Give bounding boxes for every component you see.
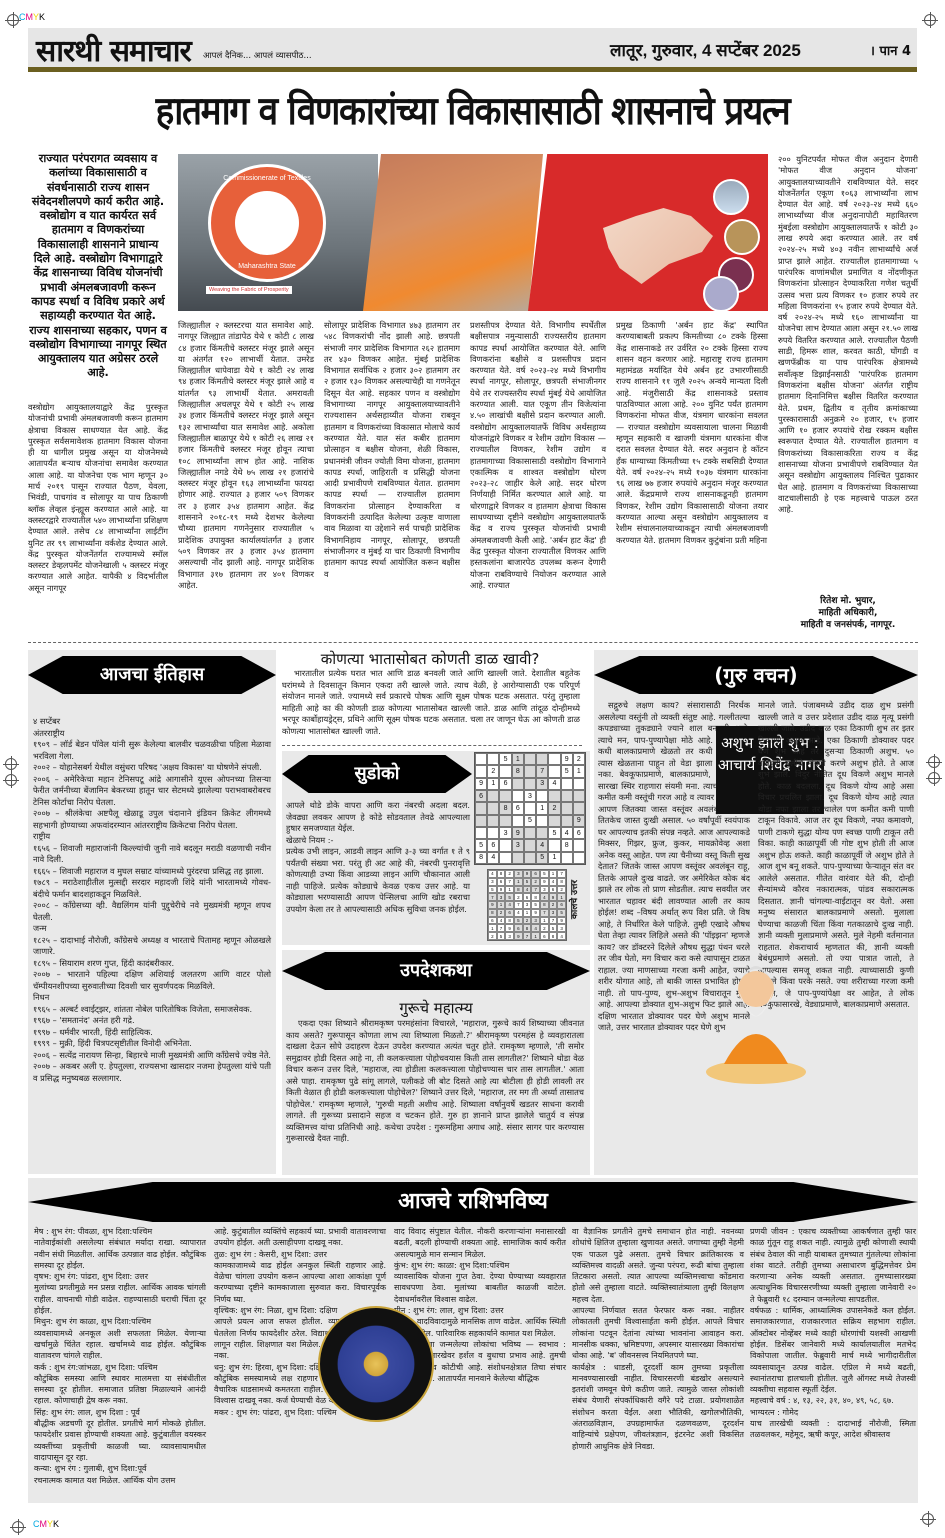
puzzle-cell[interactable]	[475, 802, 487, 814]
solution-cell: 3	[497, 893, 506, 901]
rashi-column-4: वा वैज्ञानिक प्रगतीने तुमचे समाधान होत न…	[572, 1226, 744, 1452]
solution-cell: 5	[540, 870, 549, 878]
puzzle-cell[interactable]: 8	[499, 802, 511, 814]
rashi-column-1: मेष : शुभ रंग: पीवळा, शुभ दिशा:पश्चिमनात…	[34, 1226, 206, 1486]
solution-cell: 6	[549, 886, 558, 894]
solution-cell: 7	[531, 886, 540, 894]
puzzle-cell[interactable]: 4	[487, 852, 499, 864]
tagline: आपलं दैनिक... आपलं व्यासपीठ...	[203, 50, 312, 61]
puzzle-cell[interactable]: 8	[561, 839, 573, 851]
solution-cell: 7	[523, 932, 532, 940]
solution-cell: 1	[505, 886, 514, 894]
solution-cell: 6	[557, 901, 566, 909]
solution-cell: 9	[505, 924, 514, 932]
solution-cell: 8	[540, 901, 549, 909]
puzzle-cell[interactable]: 2	[573, 753, 585, 765]
puzzle-cell[interactable]	[536, 753, 548, 765]
solution-cell: 9	[557, 917, 566, 925]
puzzle-cell[interactable]	[524, 802, 536, 814]
history-item: २००६ – अमेरिकेचा महान टेनिसपटू आंद्रे आग…	[33, 774, 271, 809]
puzzle-cell[interactable]	[512, 790, 524, 802]
history-item: २००७ – श्रीलंकेचा अष्टपैलू खेळाडू उपुल च…	[33, 808, 271, 831]
puzzle-cell[interactable]: 4	[536, 839, 548, 851]
puzzle-cell[interactable]	[524, 753, 536, 765]
history-item: १८२५ – दादाभाई नौरोजी, काँग्रेसचे अध्यक्…	[33, 935, 271, 958]
solution-cell: 2	[488, 932, 497, 940]
sudoku-banner: सुडोको	[282, 755, 472, 793]
puzzle-cell[interactable]: 9	[475, 778, 487, 790]
guru-banner: (गुरु वचन)	[594, 656, 918, 694]
solution-cell: 5	[523, 878, 532, 886]
rashi-sign-text: आपल्या निर्णयात सतत फेरफार करू नका. नाही…	[572, 1305, 744, 1361]
puzzle-cell[interactable]: 2	[487, 765, 499, 777]
solution-cell: 2	[505, 870, 514, 878]
solution-cell: 8	[505, 917, 514, 925]
puzzle-cell[interactable]: 6	[573, 827, 585, 839]
solution-cell: 7	[488, 893, 497, 901]
puzzle-cell[interactable]	[475, 753, 487, 765]
solution-cell: 1	[514, 878, 523, 886]
rashi-sign-text: महत्त्वाचे वर्ष : ४, १३, २२, ३१, ४०, ४९,…	[750, 1395, 916, 1406]
history-item: १९९७ – धर्मवीर भारती, हिंदी साहित्यिक.	[33, 1027, 271, 1039]
puzzle-cell[interactable]: 3	[524, 790, 536, 802]
rashi-sign-heading: मीन : शुभ रंग: लाल, शुभ दिशा: उत्तर	[394, 1305, 566, 1316]
puzzle-cell[interactable]: 9	[561, 753, 573, 765]
solution-cell: 2	[549, 901, 558, 909]
rashi-sign-heading: मेष : शुभ रंग: पीवळा, शुभ दिशा:पश्चिम	[34, 1226, 206, 1237]
solution-cell: 3	[549, 909, 558, 917]
puzzle-cell[interactable]: 6	[475, 790, 487, 802]
solution-cell: 2	[557, 886, 566, 894]
solution-cell: 1	[549, 870, 558, 878]
history-section-heading: जन्म	[33, 923, 271, 935]
puzzle-cell[interactable]: 4	[561, 827, 573, 839]
solution-cell: 8	[514, 886, 523, 894]
solution-cell: 3	[540, 886, 549, 894]
puzzle-cell[interactable]	[561, 790, 573, 802]
solution-cell: 7	[497, 924, 506, 932]
puzzle-cell[interactable]: 8	[475, 852, 487, 864]
puzzle-cell[interactable]	[487, 790, 499, 802]
solution-cell: 2	[523, 917, 532, 925]
solution-cell: 4	[488, 870, 497, 878]
registration-mark-icon	[924, 14, 936, 26]
puzzle-cell[interactable]: 6	[512, 802, 524, 814]
rashi-sign-text: बौद्धीक अडचणी दूर होतील. प्रगतीचे मार्ग …	[34, 1418, 206, 1463]
puzzle-cell[interactable]	[487, 802, 499, 814]
registration-mark-icon	[5, 774, 17, 786]
history-item: १९०९ – लॉर्ड बेडन पॉवेल यांनी सुरू केलेल…	[33, 739, 271, 762]
solution-cell: 8	[523, 924, 532, 932]
maharashtra-map-icon	[603, 204, 713, 284]
puzzle-cell[interactable]	[524, 765, 536, 777]
puzzle-cell[interactable]	[499, 765, 511, 777]
solution-cell: 4	[540, 893, 549, 901]
puzzle-cell[interactable]: 9	[512, 827, 524, 839]
rashi-sign-text: वा वैज्ञानिक प्रगतीने तुमचे समाधान होत न…	[572, 1226, 744, 1305]
solution-cell: 3	[505, 932, 514, 940]
history-banner: आजचा ईतिहास	[28, 656, 276, 694]
history-section-heading: राष्ट्रीय	[33, 831, 271, 843]
history-item: १६६५ – शिवाजी महाराज व मुघल सम्राट यांच्…	[33, 866, 271, 878]
puzzle-cell[interactable]	[512, 852, 524, 864]
rashi-sign-text: व्यवसायामध्ये अनकूल अशी सफलता मिळेल. येण…	[34, 1328, 206, 1362]
rashi-sign-text: नातेवाईकांशी असलेल्या संबंधात मर्यादा रा…	[34, 1237, 206, 1271]
sudoku-instructions: आपले थोडे डोके वापरा आणि करा नंबरची अदला…	[286, 800, 470, 915]
solution-cell: 6	[514, 924, 523, 932]
history-list: ४ सप्टेंबर अंतरराष्ट्रीय१९०९ – लॉर्ड बेड…	[33, 716, 271, 1084]
puzzle-cell[interactable]: 5	[561, 765, 573, 777]
rashi-sign-text: कौटुंबिक समस्या आणि स्थावर मालमत्ता या स…	[34, 1373, 206, 1407]
solution-cell: 4	[557, 932, 566, 940]
puzzle-cell[interactable]	[548, 815, 560, 827]
sudoku-solution-grid: 4823965173671529485918473627352684919147…	[487, 869, 567, 941]
puzzle-cell[interactable]: 5	[475, 839, 487, 851]
commissionerate-logo-icon: Commissionerate of Textiles Maharashtra …	[208, 164, 326, 282]
puzzle-cell[interactable]: 6	[499, 778, 511, 790]
history-section-heading: निधन	[33, 992, 271, 1004]
solution-cell: 7	[540, 909, 549, 917]
rashi-sign-heading: तुळ: शुभ रंग : केसरी, शुभ दिशा: उत्तर	[214, 1249, 386, 1260]
cmyk-mark: CMYK	[19, 12, 45, 22]
puzzle-cell[interactable]	[499, 790, 511, 802]
sage-illustration-icon	[704, 944, 808, 1088]
rashi-sign-text: मुलांच्या प्रगतीमुळे मन प्रसन्न राहील. आ…	[34, 1282, 206, 1316]
puzzle-cell[interactable]	[512, 815, 524, 827]
solution-cell: 9	[514, 932, 523, 940]
solution-cell: 1	[523, 909, 532, 917]
solution-cell: 6	[505, 909, 514, 917]
registration-mark-icon	[7, 14, 19, 26]
solution-cell: 5	[531, 901, 540, 909]
solution-cell: 5	[505, 893, 514, 901]
puzzle-cell[interactable]: 3	[512, 839, 524, 851]
rashi-sign-text: आहे. कुटुंबातील व्यक्तिंचे सहकार्य घ्या.…	[214, 1226, 386, 1249]
solution-cell: 4	[505, 901, 514, 909]
puzzle-cell[interactable]	[487, 815, 499, 827]
solution-cell: 5	[497, 932, 506, 940]
solution-cell: 3	[488, 878, 497, 886]
puzzle-cell[interactable]: 5	[548, 827, 560, 839]
puzzle-cell[interactable]: 9	[573, 815, 585, 827]
puzzle-cell[interactable]	[561, 802, 573, 814]
puzzle-cell[interactable]	[524, 778, 536, 790]
solution-cell: 5	[549, 924, 558, 932]
puzzle-cell[interactable]	[548, 790, 560, 802]
registration-mark-icon	[922, 1513, 934, 1525]
registration-mark-icon	[928, 772, 940, 784]
solution-cell: 7	[557, 870, 566, 878]
solution-cell: 9	[497, 886, 506, 894]
dateline: लातूर, गुरुवार, 4 सप्टेंबर 2025	[610, 38, 801, 61]
rashi-sign-heading: कुंभ: शुभ रंग: काळा: शुभ दिशा:पश्चिम	[394, 1260, 566, 1271]
rashi-sign-text: वर्षफळ : धार्मिक, आध्यात्मिक उपासनेकडे क…	[750, 1305, 916, 1395]
masthead: सारथी समाचार आपलं दैनिक... आपलं व्यासपीठ…	[28, 28, 917, 72]
dal-article-body: भारतातील प्रत्येक घरात भात आणि डाळ बनवली…	[282, 668, 580, 737]
solution-cell: 2	[540, 924, 549, 932]
solution-cell: 4	[531, 924, 540, 932]
paithani-map-photo	[528, 154, 768, 311]
solution-cell: 4	[497, 917, 506, 925]
rashi-banner: आजचे राशिभविष्य	[28, 1182, 918, 1222]
puzzle-cell[interactable]	[561, 815, 573, 827]
solution-cell: 6	[540, 932, 549, 940]
page-number: । पान 4	[870, 41, 911, 59]
lead-intro: राज्यात परंपरागत व्यवसाय व कलांच्या विका…	[28, 152, 168, 381]
solution-cell: 8	[497, 870, 506, 878]
registration-mark-icon	[928, 756, 940, 768]
puzzle-cell[interactable]	[475, 765, 487, 777]
puzzle-cell[interactable]	[487, 753, 499, 765]
sudoku-grid[interactable]: 519228751916346386125939546563488451	[474, 752, 586, 865]
solution-cell: 4	[514, 909, 523, 917]
history-item: १९९९ – मुक्री, हिंदी चित्रपटसृष्टीतील वि…	[33, 1038, 271, 1050]
puzzle-cell[interactable]: 8	[512, 765, 524, 777]
history-item: २००६ – सत्येंद्र नारायण सिन्हा, बिहारचे …	[33, 1050, 271, 1062]
history-item: १९६७ – 'समतानंद' अनंत हरी गद्रे.	[33, 1015, 271, 1027]
solution-cell: 4	[549, 878, 558, 886]
puzzle-cell[interactable]	[536, 790, 548, 802]
history-item: १६५६ – शिवाजी महाराजांनी किल्ल्यांची जुन…	[33, 843, 271, 866]
puzzle-cell[interactable]	[573, 778, 585, 790]
rashi-sign-text: वाद विवाद संपुष्टात येतील. नौकरी करणाऱ्य…	[394, 1226, 566, 1260]
solution-cell: 2	[497, 909, 506, 917]
rashi-column-5: प्रणयी जीवन : एकाच व्यक्तीच्या आकर्षणात …	[750, 1226, 916, 1441]
puzzle-cell[interactable]	[573, 839, 585, 851]
puzzle-cell[interactable]: 3	[499, 827, 511, 839]
lead-headline: हातमाग व विणकारांच्या विकासासाठी शासनाचे…	[72, 86, 872, 138]
puzzle-cell[interactable]	[512, 778, 524, 790]
lead-column-3: सोलापूर प्रादेशिक विभागात ४७३ हातमाग तर …	[324, 320, 460, 580]
puzzle-cell[interactable]	[487, 827, 499, 839]
solution-cell: 1	[540, 917, 549, 925]
rashi-sign-heading: मिथुन: शुभ रंग काळा, शुभ दिशा:पश्चिम	[34, 1316, 206, 1327]
history-item: १९६५ – अल्बर्ट श्वाईट्झर, शांतता नोबेल प…	[33, 1004, 271, 1016]
history-item: २००७ – भारताने पहिल्या दक्षिण अशियाई जलत…	[33, 969, 271, 992]
solution-cell: 6	[523, 893, 532, 901]
history-item: २००७ – अकबर अली ए. हेपतुल्ला, राज्यसभा ख…	[33, 1061, 271, 1084]
puzzle-cell[interactable]: 2	[548, 802, 560, 814]
solution-cell: 5	[514, 917, 523, 925]
dal-article-title: कोणत्या भातासोबत कोणती डाळ खावी?	[280, 649, 580, 669]
solution-cell: 5	[488, 886, 497, 894]
puzzle-cell[interactable]	[499, 852, 511, 864]
puzzle-cell[interactable]	[573, 802, 585, 814]
lead-column-2: जिल्ह्यातील २ क्लस्टरचा यात समावेश आहे. …	[178, 320, 314, 591]
history-item: १७८९ – मराठेशाहीतील मुत्सद्दी सरदार महाद…	[33, 877, 271, 900]
solution-cell: 2	[531, 878, 540, 886]
solution-cell: 4	[523, 886, 532, 894]
history-item: १८९५ – सियाराम शरण गुप्त, हिंदी कादंबरीक…	[33, 958, 271, 970]
puzzle-cell[interactable]	[475, 815, 487, 827]
solution-cell: 1	[557, 893, 566, 901]
solution-cell: 7	[505, 878, 514, 886]
registration-mark-icon	[5, 758, 17, 770]
solution-cell: 1	[531, 932, 540, 940]
solution-cell: 7	[514, 901, 523, 909]
lead-column-6: २०० युनिटपर्यंत मोफत वीज अनुदान देणारी '…	[778, 154, 918, 516]
byline: रितेश मो. भुयार, माहिती अधिकारी, माहिती …	[778, 595, 918, 631]
rashi-sign-text: भाग्यरत्न : गोमेद	[750, 1407, 916, 1418]
solution-cell: 8	[557, 878, 566, 886]
solution-cell: 9	[549, 893, 558, 901]
rashi-sign-text: कार्यक्षेत्र : धाडसी, दूरदर्शी काम तुमच्…	[572, 1362, 744, 1452]
puzzle-cell[interactable]: 1	[573, 765, 585, 777]
puzzle-cell[interactable]	[573, 852, 585, 864]
textile-mill-photo: Commissionerate of Textiles Maharashtra …	[178, 154, 378, 311]
puzzle-cell[interactable]: 1	[512, 753, 524, 765]
puzzle-cell[interactable]	[536, 827, 548, 839]
puzzle-cell[interactable]	[524, 839, 536, 851]
solution-cell: 7	[549, 917, 558, 925]
solution-cell: 3	[557, 924, 566, 932]
rashi-sign-heading: कन्या: शुभ रंग : गुलाबी, शुभ दिशा:पूर्व	[34, 1463, 206, 1474]
registration-mark-icon	[12, 1521, 24, 1533]
solution-cell: 8	[549, 932, 558, 940]
puzzle-cell[interactable]: 3	[536, 778, 548, 790]
puzzle-cell[interactable]	[536, 815, 548, 827]
rashi-sign-heading: सिंह: शुभ रंग: लाल, शुभ दिशा : पूर्व	[34, 1407, 206, 1418]
newspaper-title: सारथी समाचार	[36, 29, 191, 70]
rashi-sign-text: प्रणयी जीवन : एकाच व्यक्तीच्या आकर्षणात …	[750, 1226, 916, 1305]
rashi-sign-text: व्यावसायिक योजना गुप्त ठेवा. देण्या घेण्…	[394, 1271, 566, 1305]
puzzle-cell[interactable]: 1	[536, 802, 548, 814]
rashi-sign-text: कामकाजामध्ये वाढ होईल अनकुल स्थिती राहणा…	[214, 1260, 386, 1305]
solution-cell: 6	[488, 917, 497, 925]
rashi-sign-heading: कर्क : शुभ रंग:जांभळा, शुभ दिशा: पश्चिम	[34, 1362, 206, 1373]
solution-cell: 6	[497, 878, 506, 886]
puzzle-cell[interactable]	[548, 839, 560, 851]
solution-cell: 8	[488, 909, 497, 917]
solution-cell: 3	[523, 901, 532, 909]
puzzle-cell[interactable]: 1	[548, 852, 560, 864]
puzzle-cell[interactable]	[561, 852, 573, 864]
guru-right-text: मानले जाते. पंजाबमध्ये उडीद दाळ शुभ प्रस…	[758, 700, 914, 1170]
puzzle-cell[interactable]: 7	[536, 765, 548, 777]
puzzle-cell[interactable]: 5	[524, 815, 536, 827]
puzzle-cell[interactable]	[548, 753, 560, 765]
solution-cell: 9	[540, 878, 549, 886]
solution-cell: 5	[557, 909, 566, 917]
puzzle-cell[interactable]	[548, 765, 560, 777]
puzzle-cell[interactable]	[475, 827, 487, 839]
solution-cell: 8	[531, 893, 540, 901]
rashi-sign-text: रचनात्मक कामात यश मिळेल. आर्थिक योग उत्त…	[34, 1475, 206, 1486]
weavers-group-photo	[363, 154, 543, 311]
solution-label: कालचे उत्तर	[568, 880, 581, 919]
solution-cell: 1	[497, 901, 506, 909]
upadesh-body: एकदा एका शिष्याने श्रीरामकृष्ण परमहंसांन…	[286, 1018, 584, 1145]
rashi-sign-heading: वृषभ: शुभ रंग: पांढरा, शुभ दिशा: उत्तर	[34, 1271, 206, 1282]
puzzle-cell[interactable]: 4	[548, 778, 560, 790]
cmyk-mark: CMYK	[33, 1519, 59, 1529]
rashi-sign-text: याच तारखेची व्यक्ती : दादाभाई नौरोजी, स्…	[750, 1418, 916, 1441]
puzzle-cell[interactable]: 6	[487, 839, 499, 851]
upadesh-banner: उपदेशकथा	[282, 952, 590, 990]
history-item: २००२ – योहानेसबर्ग येथील वसुंधरा परिषद '…	[33, 762, 271, 774]
lead-column-1: वस्त्रोद्योग आयुक्तालयाद्वारे केंद्र पुर…	[28, 402, 168, 594]
zodiac-wheel-icon	[318, 1306, 434, 1422]
puzzle-cell[interactable]: 5	[536, 852, 548, 864]
history-section-heading: अंतरराष्ट्रीय	[33, 728, 271, 740]
solution-cell: 3	[531, 917, 540, 925]
solution-cell: 9	[531, 909, 540, 917]
logo-caption: Weaving the Fabric of Prosperity	[206, 286, 292, 294]
lead-column-4: प्रशस्तीपत्र देण्यात येते. विभागीय स्पर्…	[470, 320, 606, 591]
puzzle-cell[interactable]: 5	[499, 753, 511, 765]
puzzle-cell[interactable]	[499, 839, 511, 851]
solution-cell: 2	[514, 893, 523, 901]
puzzle-cell[interactable]	[524, 852, 536, 864]
upadesh-title: गुरूचे महात्म्य	[282, 998, 590, 1018]
lead-column-5: प्रमुख ठिकाणी 'अर्बन हाट केंद्र' स्थापित…	[616, 320, 768, 546]
puzzle-cell[interactable]	[524, 827, 536, 839]
solution-cell: 9	[488, 901, 497, 909]
solution-cell: 6	[531, 870, 540, 878]
puzzle-cell[interactable]	[573, 790, 585, 802]
puzzle-cell[interactable]: 1	[487, 778, 499, 790]
puzzle-cell[interactable]	[499, 815, 511, 827]
history-item: २००८ – काँग्रेसच्या व्ही. वैद्यलिंगम यां…	[33, 900, 271, 923]
solution-cell: 1	[488, 924, 497, 932]
solution-cell: 3	[514, 870, 523, 878]
solution-cell: 9	[523, 870, 532, 878]
puzzle-cell[interactable]	[561, 778, 573, 790]
lead-photo-collage: Commissionerate of Textiles Maharashtra …	[178, 154, 768, 311]
